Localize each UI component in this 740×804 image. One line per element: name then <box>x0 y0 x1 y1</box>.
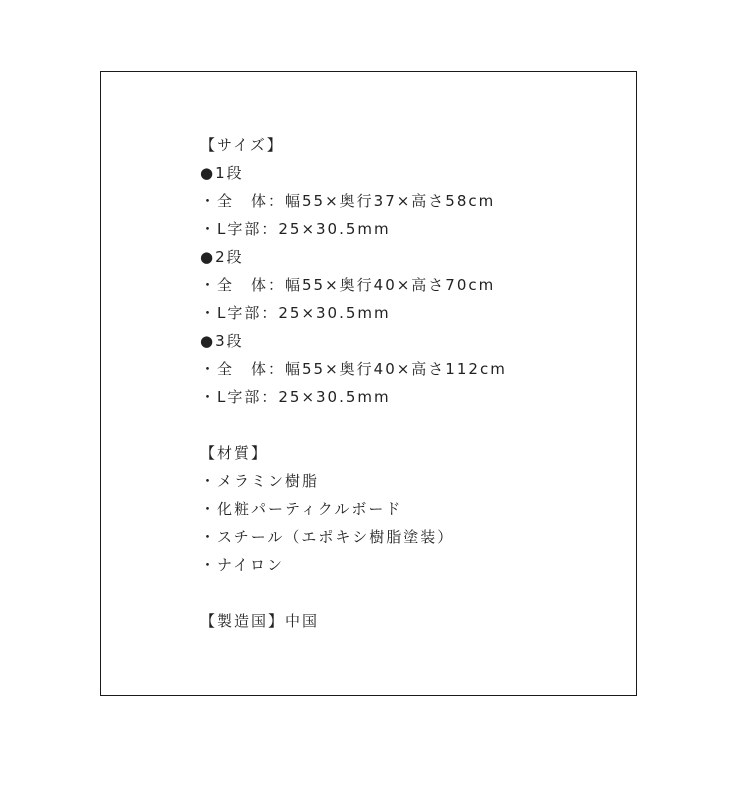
material-item: ・ナイロン <box>200 551 507 579</box>
tier-label: ●3段 <box>200 327 507 355</box>
material-item: ・メラミン樹脂 <box>200 467 507 495</box>
tier-l-part-dimensions: ・L字部：25×30.5mm <box>200 299 507 327</box>
material-heading: 【材質】 <box>200 439 507 467</box>
tier-label: ●1段 <box>200 159 507 187</box>
spacer <box>200 411 507 439</box>
tier-overall-dimensions: ・全 体：幅55×奥行40×高さ70cm <box>200 271 507 299</box>
country-of-origin: 【製造国】中国 <box>200 607 507 635</box>
size-heading: 【サイズ】 <box>200 131 507 159</box>
tier-label: ●2段 <box>200 243 507 271</box>
tier-overall-dimensions: ・全 体：幅55×奥行40×高さ112cm <box>200 355 507 383</box>
tier-l-part-dimensions: ・L字部：25×30.5mm <box>200 215 507 243</box>
material-item: ・スチール（エポキシ樹脂塗装） <box>200 523 507 551</box>
spacer <box>200 579 507 607</box>
tier-l-part-dimensions: ・L字部：25×30.5mm <box>200 383 507 411</box>
tier-overall-dimensions: ・全 体：幅55×奥行37×高さ58cm <box>200 187 507 215</box>
material-item: ・化粧パーティクルボード <box>200 495 507 523</box>
spec-content: 【サイズ】 ●1段 ・全 体：幅55×奥行37×高さ58cm ・L字部：25×3… <box>200 131 507 635</box>
